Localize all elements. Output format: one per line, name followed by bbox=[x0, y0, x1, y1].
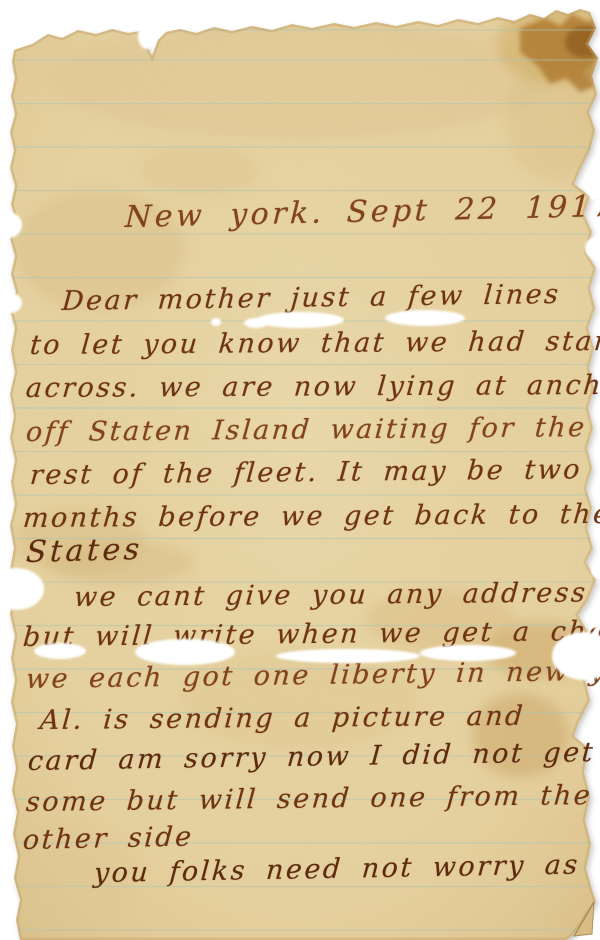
letter-line: Al. is sending a picture and bbox=[39, 703, 526, 734]
letter-line: States bbox=[25, 535, 144, 568]
letter-line: you folks need not worry as we bbox=[93, 850, 600, 887]
letter-line: some but will send one from the bbox=[25, 782, 593, 816]
letter-line: Dear mother just a few lines bbox=[61, 281, 562, 315]
letter-line: to let you know that we had started bbox=[29, 328, 600, 359]
dateline: New york.Sept 22 1917. bbox=[124, 192, 600, 233]
letter-line: across. we are now lying at anchor bbox=[25, 372, 600, 402]
letter-line: we cant give you any address bbox=[73, 580, 589, 612]
letter-line: we each got one liberty in new york bbox=[25, 657, 600, 693]
letter-text: New york.Sept 22 1917. Dear mother just … bbox=[0, 0, 600, 940]
dateline-place: New york. bbox=[124, 195, 325, 235]
letter-line: months before we get back to the bbox=[22, 501, 600, 532]
letter-line: other side bbox=[22, 823, 194, 854]
dateline-date: Sept 22 1917. bbox=[346, 189, 600, 230]
scanned-letter: New york.Sept 22 1917. Dear mother just … bbox=[0, 0, 600, 940]
letter-line: but will write when we get a chance bbox=[22, 617, 600, 651]
letter-line: rest of the fleet. It may be two bbox=[29, 456, 583, 489]
letter-line: card am sorry now I did not get bbox=[27, 739, 596, 775]
letter-line: off Staten Island waiting for the bbox=[25, 414, 588, 446]
